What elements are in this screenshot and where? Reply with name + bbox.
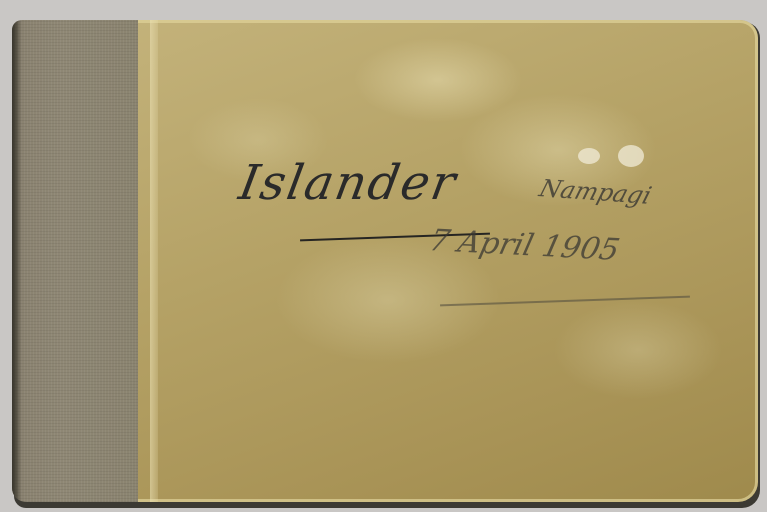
spine-edge <box>12 20 22 502</box>
stain <box>578 148 600 164</box>
cloth-spine <box>12 20 140 502</box>
cover-edge <box>138 20 758 502</box>
handwritten-title: Islander <box>235 155 461 211</box>
notebook <box>12 20 758 502</box>
stain <box>618 145 644 167</box>
worn-strip <box>150 20 158 502</box>
